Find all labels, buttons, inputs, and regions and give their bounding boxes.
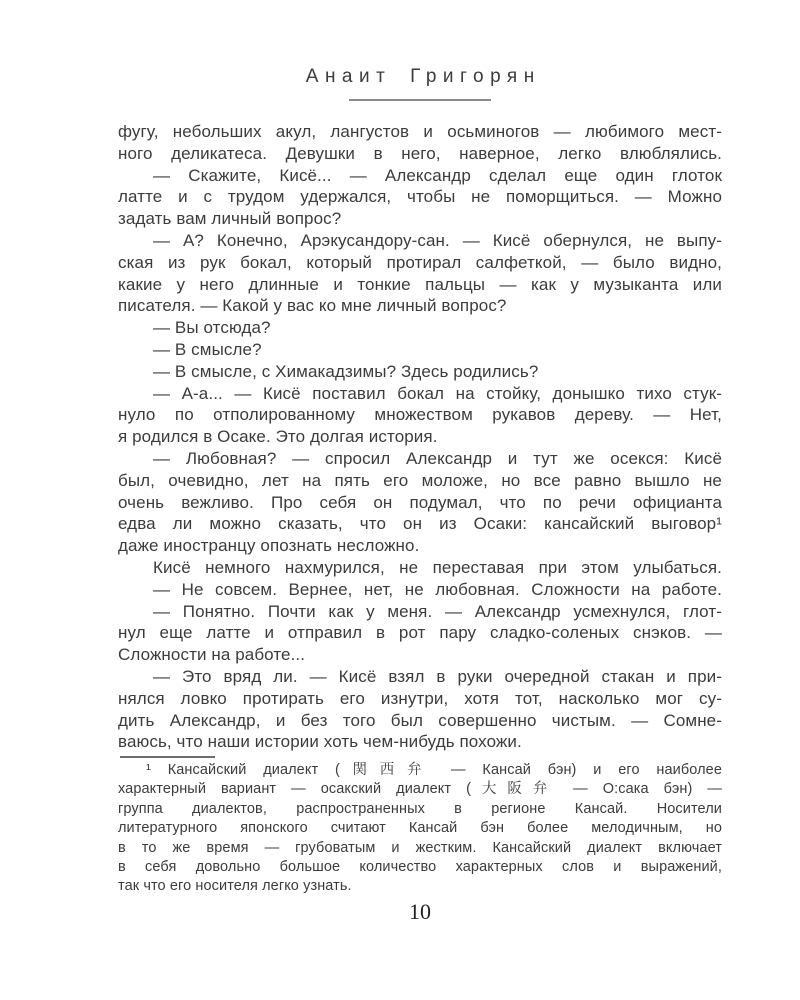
text-column: Анаит Григорян фугу, небольших акул, лан… xyxy=(118,0,722,1000)
text-line: фугу, небольших акул, лангустов и осьмин… xyxy=(118,121,722,143)
page-number: 10 xyxy=(118,899,722,925)
text-line: — А? Конечно, Арэкусандору-сан. — Кисё о… xyxy=(118,230,722,252)
text-line: характерный вариант — осакский диалект (… xyxy=(118,780,722,799)
text-line: Сложности на работе... xyxy=(118,644,722,666)
text-line: задать вам личный вопрос? xyxy=(118,208,722,230)
text-line: Кисё немного нахмурился, не переставая п… xyxy=(118,557,722,579)
book-page: Анаит Григорян фугу, небольших акул, лан… xyxy=(0,0,800,1000)
running-head-author: Анаит Григорян xyxy=(118,66,722,88)
text-line: — Понятно. Почти как у меня. — Александр… xyxy=(118,601,722,623)
text-line: — В смысле? xyxy=(118,339,722,361)
text-line: — Любовная? — спросил Александр и тут же… xyxy=(118,448,722,470)
text-line: так что его носителя легко узнать. xyxy=(118,877,722,896)
text-line: едва ли можно сказать, что он из Осаки: … xyxy=(118,513,722,535)
text-line: я родился в Осаке. Это долгая история. xyxy=(118,426,722,448)
text-line: — Не совсем. Вернее, нет, не любовная. С… xyxy=(118,579,722,601)
text-line: литературного японского считают Кансай б… xyxy=(118,819,722,838)
text-line: — А-а... — Кисё поставил бокал на стойку… xyxy=(118,383,722,405)
text-line: был, очевидно, лет на пять его моложе, н… xyxy=(118,470,722,492)
text-line: очень вежливо. Про себя он подумал, что … xyxy=(118,492,722,514)
text-line: — Скажите, Кисё... — Александр сделал ещ… xyxy=(118,165,722,187)
body-text: фугу, небольших акул, лангустов и осьмин… xyxy=(118,121,722,753)
text-line: в то же время — грубоватым и жестким. Ка… xyxy=(118,839,722,858)
footnote-rule xyxy=(120,756,215,758)
text-line: — Вы отсюда? xyxy=(118,317,722,339)
text-line: ваюсь, что наши истории хоть чем-нибудь … xyxy=(118,731,722,753)
text-line: ¹ Кансайский диалект (関西弁 — Кансай бэн) … xyxy=(118,761,722,780)
text-line: — Это вряд ли. — Кисё взял в руки очеред… xyxy=(118,666,722,688)
footnote: ¹ Кансайский диалект (関西弁 — Кансай бэн) … xyxy=(118,761,722,897)
text-line: писателя. — Какой у вас ко мне личный во… xyxy=(118,295,722,317)
text-line: дить Александр, и без того был совершенн… xyxy=(118,710,722,732)
text-line: латте и с трудом удержался, чтобы не пом… xyxy=(118,186,722,208)
text-line: — В смысле, с Химакадзимы? Здесь родилис… xyxy=(118,361,722,383)
text-line: какие у него длинные и тонкие пальцы — к… xyxy=(118,274,722,296)
text-line: нул еще латте и отправил в рот пару слад… xyxy=(118,622,722,644)
text-line: нялся ловко протирать его изнутри, хотя … xyxy=(118,688,722,710)
text-line: ская из рук бокал, который протирал салф… xyxy=(118,252,722,274)
text-line: даже иностранцу опознать несложно. xyxy=(118,535,722,557)
text-line: группа диалектов, распространенных в рег… xyxy=(118,800,722,819)
header-rule xyxy=(349,99,491,101)
text-line: нуло по отполированному множеством рукав… xyxy=(118,404,722,426)
text-line: ного деликатеса. Девушки в него, наверно… xyxy=(118,143,722,165)
text-line: в себя довольно большое количество харак… xyxy=(118,858,722,877)
